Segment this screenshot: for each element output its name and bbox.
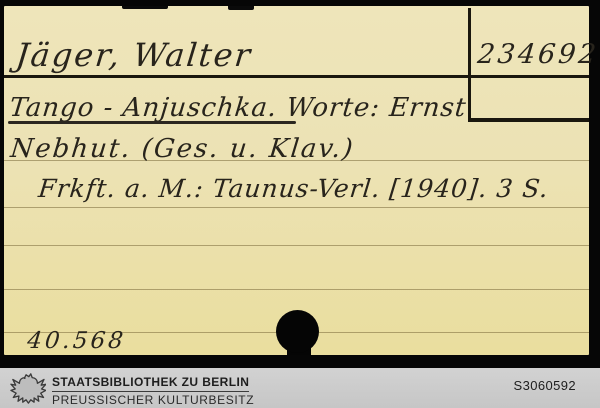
- accession-cell-rule: [468, 118, 589, 122]
- imprint-line: Frkft. a. M.: Taunus-Verl. [1940]. 3 S.: [37, 174, 550, 203]
- title-pen-underline: [8, 121, 296, 124]
- author-heading: Jäger, Walter: [14, 36, 254, 74]
- library-subtitle: PREUSSISCHER KULTURBESITZ: [52, 393, 254, 407]
- scanned-catalog-card-image: Jäger, Walter 234692 Tango - Anjuschka. …: [0, 0, 600, 408]
- ruled-line: [4, 245, 589, 246]
- scan-edge-artifact: [228, 6, 254, 10]
- accession-column-rule: [468, 8, 471, 122]
- ruled-line: [4, 207, 589, 208]
- library-name: STAATSBIBLIOTHEK ZU BERLIN: [52, 375, 249, 392]
- prussian-eagle-icon: [8, 371, 46, 405]
- catalog-card: Jäger, Walter 234692 Tango - Anjuschka. …: [4, 6, 589, 355]
- footer-bar: STAATSBIBLIOTHEK ZU BERLIN PREUSSISCHER …: [0, 368, 600, 408]
- title-line-1: Tango - Anjuschka. Worte: Ernst: [8, 93, 468, 123]
- accession-number: 234692: [476, 39, 600, 70]
- library-identity: STAATSBIBLIOTHEK ZU BERLIN PREUSSISCHER …: [52, 373, 254, 407]
- ruled-line: [4, 289, 589, 290]
- shelfmark: 40.568: [26, 328, 127, 354]
- header-rule: [4, 75, 589, 78]
- scan-edge-artifact: [122, 6, 168, 9]
- scan-id: S3060592: [514, 378, 576, 393]
- hole-punch: [276, 310, 319, 353]
- title-line-2: Nebhut. (Ges. u. Klav.): [9, 134, 356, 164]
